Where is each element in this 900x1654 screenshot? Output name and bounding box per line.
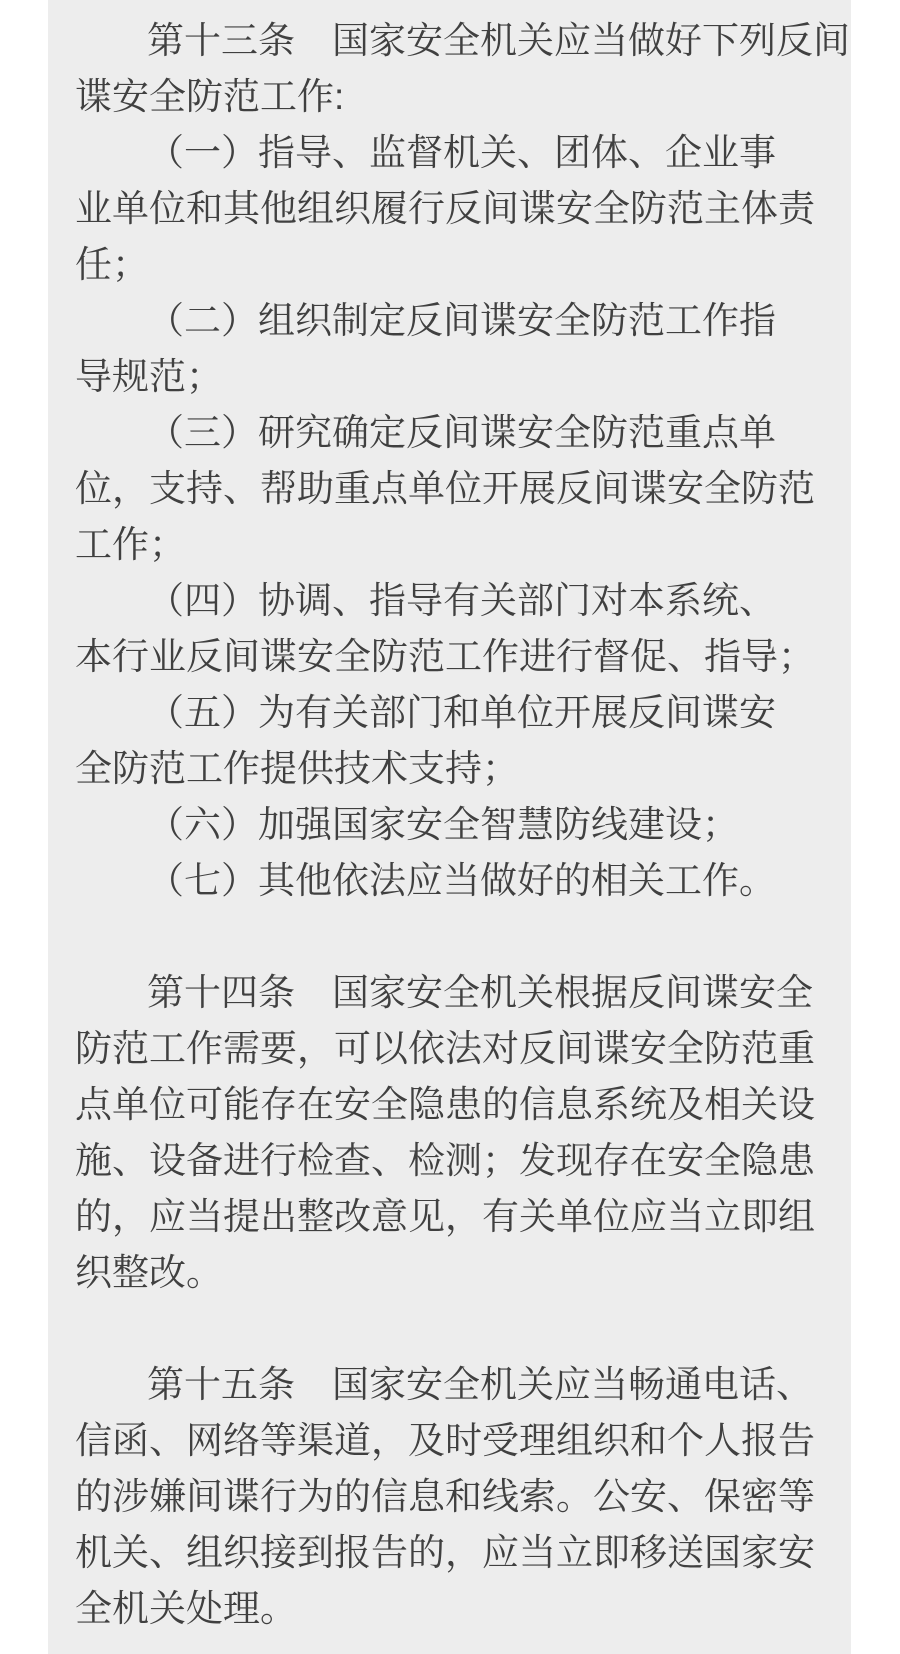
text-line: 第十三条 国家安全机关应当做好下列反间 (75, 13, 835, 69)
text-line: 第十四条 国家安全机关根据反间谍安全 (75, 965, 835, 1021)
text-line: 导规范； (75, 349, 835, 405)
paragraph-article-13-intro: 第十三条 国家安全机关应当做好下列反间谍安全防范工作: (75, 13, 835, 125)
paragraph-article-14: 第十四条 国家安全机关根据反间谍安全防范工作需要，可以依法对反间谍安全防范重点单… (75, 965, 835, 1301)
text-line: 机关、组织接到报告的，应当立即移送国家安 (75, 1525, 835, 1581)
text-line: 全防范工作提供技术支持； (75, 741, 835, 797)
text-line: 工作； (75, 517, 835, 573)
page-background: 第十三条 国家安全机关应当做好下列反间谍安全防范工作:（一）指导、监督机关、团体… (0, 0, 900, 1654)
text-line: （五）为有关部门和单位开展反间谍安 (75, 685, 835, 741)
text-line: 的涉嫌间谍行为的信息和线索。公安、保密等 (75, 1469, 835, 1525)
text-line: 的，应当提出整改意见，有关单位应当立即组 (75, 1189, 835, 1245)
text-line: 织整改。 (75, 1245, 835, 1301)
text-line: 点单位可能存在安全隐患的信息系统及相关设 (75, 1077, 835, 1133)
text-line: 防范工作需要，可以依法对反间谍安全防范重 (75, 1021, 835, 1077)
text-line: （七）其他依法应当做好的相关工作。 (75, 853, 835, 909)
text-line: 信函、网络等渠道，及时受理组织和个人报告 (75, 1413, 835, 1469)
text-line: 本行业反间谍安全防范工作进行督促、指导； (75, 629, 835, 685)
text-line: 任； (75, 237, 835, 293)
paragraph-article-13-item-6: （六）加强国家安全智慧防线建设； (75, 797, 835, 853)
paragraph-article-13-item-7: （七）其他依法应当做好的相关工作。 (75, 853, 835, 909)
text-line: （六）加强国家安全智慧防线建设； (75, 797, 835, 853)
text-line: （一）指导、监督机关、团体、企业事 (75, 125, 835, 181)
text-line: 第十五条 国家安全机关应当畅通电话、 (75, 1357, 835, 1413)
paragraph-article-15: 第十五条 国家安全机关应当畅通电话、信函、网络等渠道，及时受理组织和个人报告的涉… (75, 1357, 835, 1637)
text-line: （二）组织制定反间谍安全防范工作指 (75, 293, 835, 349)
text-line: （三）研究确定反间谍安全防范重点单 (75, 405, 835, 461)
text-line: 业单位和其他组织履行反间谍安全防范主体责 (75, 181, 835, 237)
text-line: 谍安全防范工作: (75, 69, 835, 125)
paragraph-article-13-item-5: （五）为有关部门和单位开展反间谍安全防范工作提供技术支持； (75, 685, 835, 797)
paragraph-article-13-item-2: （二）组织制定反间谍安全防范工作指导规范； (75, 293, 835, 405)
paragraph-article-13-item-1: （一）指导、监督机关、团体、企业事业单位和其他组织履行反间谍安全防范主体责任； (75, 125, 835, 293)
text-line: 位，支持、帮助重点单位开展反间谍安全防范 (75, 461, 835, 517)
text-line: （四）协调、指导有关部门对本系统、 (75, 573, 835, 629)
paragraph-article-13-item-3: （三）研究确定反间谍安全防范重点单位，支持、帮助重点单位开展反间谍安全防范工作； (75, 405, 835, 573)
paragraph-article-13-item-4: （四）协调、指导有关部门对本系统、本行业反间谍安全防范工作进行督促、指导； (75, 573, 835, 685)
text-line: 全机关处理。 (75, 1581, 835, 1637)
document-panel: 第十三条 国家安全机关应当做好下列反间谍安全防范工作:（一）指导、监督机关、团体… (48, 0, 851, 1654)
legal-text-body: 第十三条 国家安全机关应当做好下列反间谍安全防范工作:（一）指导、监督机关、团体… (48, 0, 835, 1637)
text-line: 施、设备进行检查、检测；发现存在安全隐患 (75, 1133, 835, 1189)
